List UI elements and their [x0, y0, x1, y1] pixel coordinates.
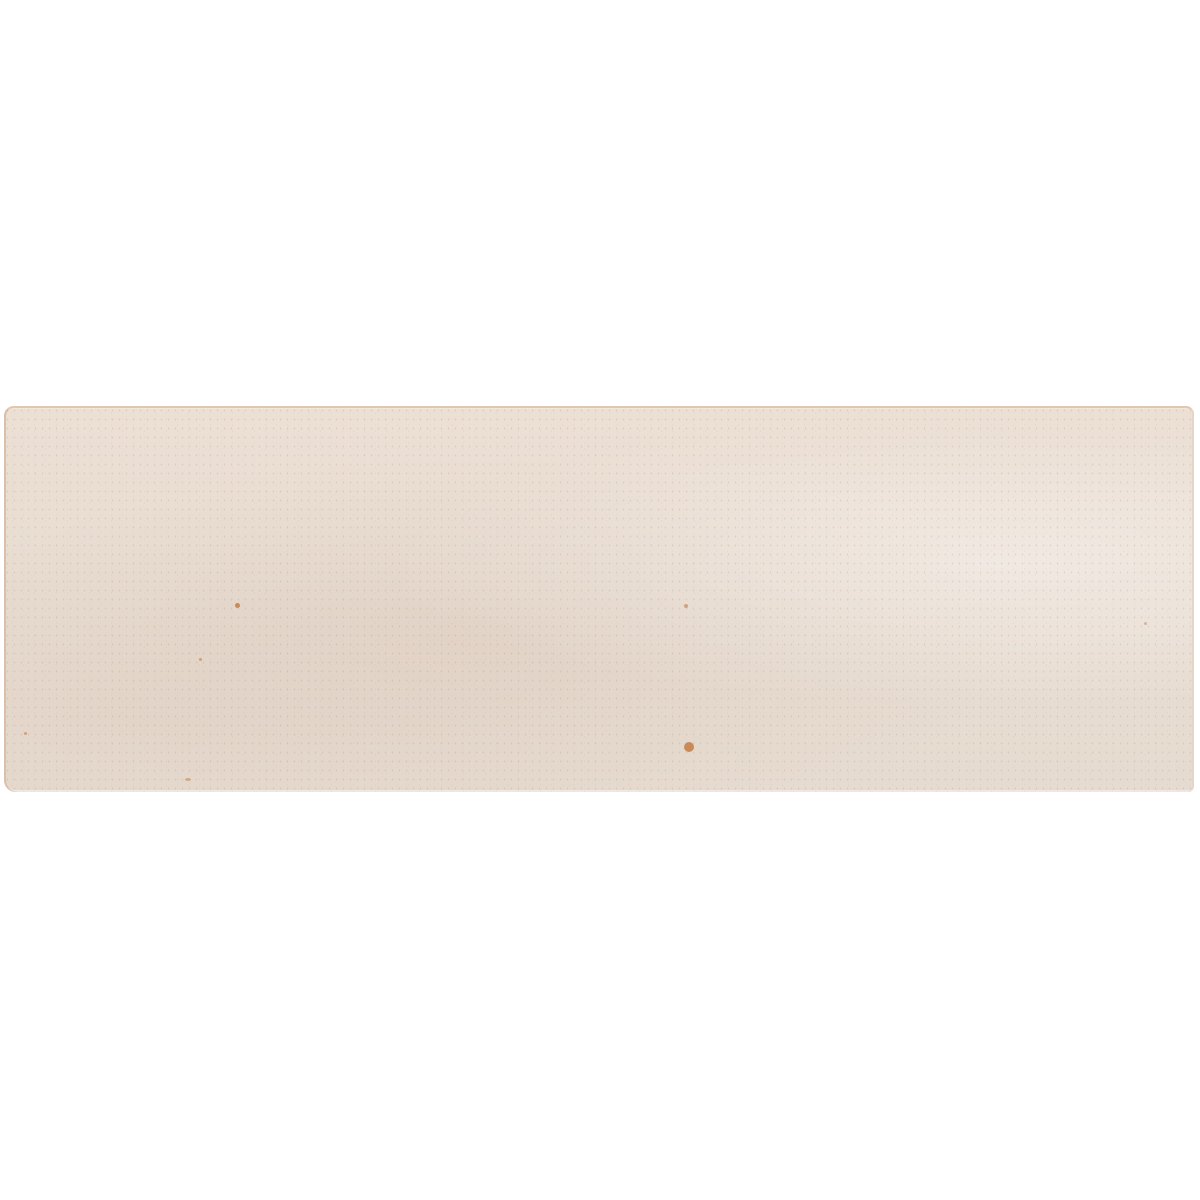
speck	[1144, 622, 1147, 625]
speck	[235, 603, 240, 608]
speck	[24, 732, 27, 735]
speck	[684, 604, 688, 608]
speck	[185, 778, 191, 781]
speck	[684, 742, 694, 752]
ceramic-tile	[4, 406, 1194, 792]
tile-speckles	[4, 406, 1194, 792]
speck	[199, 658, 202, 661]
